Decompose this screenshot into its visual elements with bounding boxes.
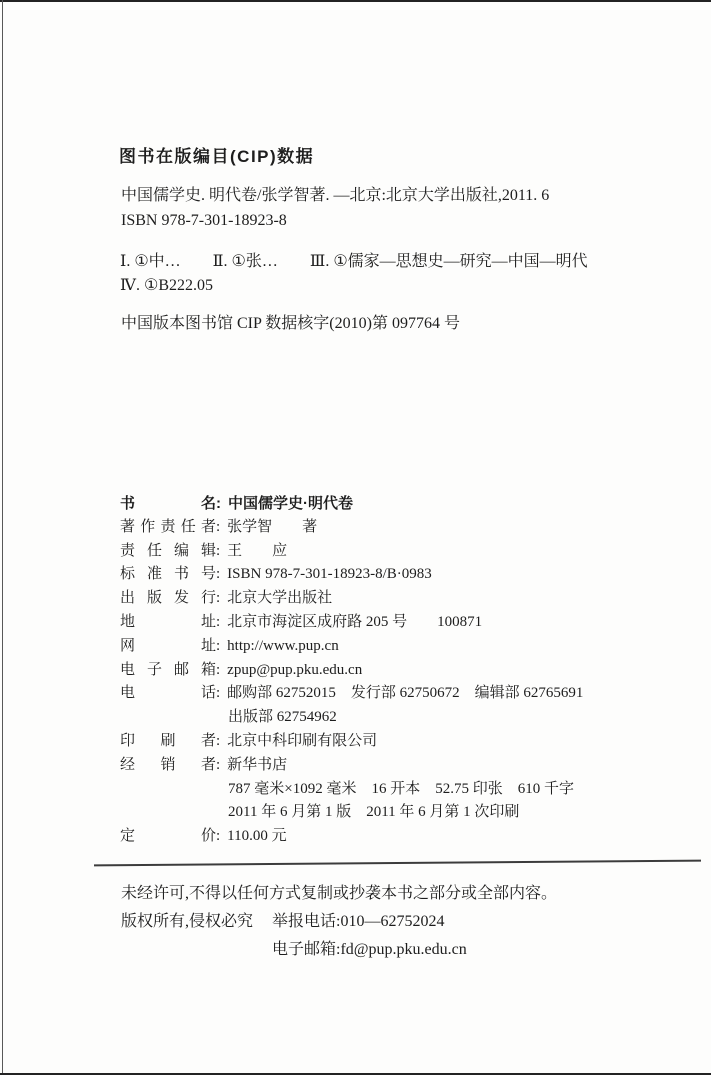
field-label: 地址 bbox=[120, 611, 216, 635]
notice-report-phone: 举报电话:010—62752024 bbox=[272, 908, 444, 936]
field-label: 定价 bbox=[120, 825, 216, 849]
colophon-row-book-name: 书名:中国儒学史·明代卷 bbox=[120, 492, 583, 516]
field-value: ISBN 978-7-301-18923-8/B·0983 bbox=[220, 566, 432, 582]
field-value: 北京中科印刷有限公司 bbox=[220, 733, 377, 749]
colophon-row-editor: 责任编辑:王 应 bbox=[120, 540, 583, 564]
field-label: 电子邮箱 bbox=[120, 659, 216, 683]
cip-classification-line2: Ⅳ. ①B222.05 bbox=[120, 274, 588, 298]
field-label: 著作责任者 bbox=[120, 516, 216, 540]
field-value: 新华书店 bbox=[220, 757, 287, 773]
field-value: 王 应 bbox=[220, 543, 287, 559]
scan-edge-left bbox=[2, 0, 3, 1075]
notice-rights-line: 版权所有,侵权必究 举报电话:010—62752024 bbox=[121, 908, 557, 936]
field-value: http://www.pup.cn bbox=[220, 638, 339, 654]
field-value: zpup@pup.pku.edu.cn bbox=[220, 662, 362, 678]
field-label: 出版发行 bbox=[120, 587, 216, 611]
colophon-row-isbn: 标准书号:ISBN 978-7-301-18923-8/B·0983 bbox=[120, 563, 583, 587]
colophon-row-edition-cont: 2011 年 6 月第 1 版 2011 年 6 月第 1 次印刷 bbox=[120, 801, 583, 825]
field-value: 北京大学出版社 bbox=[220, 590, 332, 606]
cip-classification-line1: Ⅰ. ①中… Ⅱ. ①张… Ⅲ. ①儒家—思想史—研究—中国—明代 bbox=[120, 250, 588, 274]
notice-rights-text: 版权所有,侵权必究 bbox=[121, 913, 253, 930]
scan-edge-top bbox=[0, 0, 711, 2]
field-value: 北京市海淀区成府路 205 号 100871 bbox=[220, 614, 482, 630]
colophon-row-email: 电子邮箱:zpup@pup.pku.edu.cn bbox=[120, 659, 583, 683]
cip-isbn-line: ISBN 978-7-301-18923-8 bbox=[121, 208, 549, 233]
field-value: 张学智 著 bbox=[220, 519, 317, 535]
field-value: 110.00 元 bbox=[220, 828, 286, 844]
colophon-row-author: 著作责任者:张学智 著 bbox=[120, 516, 583, 540]
cip-heading: 图书在版编目(CIP)数据 bbox=[119, 142, 314, 167]
colophon-row-phone: 电话:邮购部 62752015 发行部 62750672 编辑部 6276569… bbox=[120, 682, 583, 706]
field-label: 电话 bbox=[120, 682, 216, 706]
cip-classification-block: Ⅰ. ①中… Ⅱ. ①张… Ⅲ. ①儒家—思想史—研究—中国—明代 Ⅳ. ①B2… bbox=[120, 250, 588, 298]
field-label: 经销者 bbox=[120, 754, 216, 778]
colophon-row-price: 定价:110.00 元 bbox=[120, 825, 583, 849]
field-label: 印刷者 bbox=[120, 730, 216, 754]
colophon-row-phone-cont: 出版部 62754962 bbox=[120, 706, 583, 730]
field-label: 责任编辑 bbox=[120, 540, 216, 564]
divider-rule bbox=[94, 860, 701, 867]
cip-description-block: 中国儒学史. 明代卷/张学智著. —北京:北京大学出版社,2011. 6 ISB… bbox=[121, 183, 549, 233]
colophon-row-distributor: 经销者:新华书店 bbox=[120, 754, 583, 778]
cip-description-line: 中国儒学史. 明代卷/张学智著. —北京:北京大学出版社,2011. 6 bbox=[121, 183, 549, 208]
field-label: 网址 bbox=[120, 635, 216, 659]
field-value: 中国儒学史·明代卷 bbox=[221, 495, 353, 512]
colophon-row-address: 地址:北京市海淀区成府路 205 号 100871 bbox=[120, 611, 583, 635]
field-value: 邮购部 62752015 发行部 62750672 编辑部 62765691 bbox=[220, 685, 583, 701]
colophon-block: 书名:中国儒学史·明代卷 著作责任者:张学智 著 责任编辑:王 应 标准书号:I… bbox=[120, 492, 583, 849]
notice-report-email: 电子邮箱:fd@pup.pku.edu.cn bbox=[121, 936, 557, 964]
colophon-row-format-cont: 787 毫米×1092 毫米 16 开本 52.75 印张 610 千字 bbox=[120, 778, 583, 802]
cip-record-number: 中国版本图书馆 CIP 数据核字(2010)第 097764 号 bbox=[121, 310, 460, 333]
colophon-row-website: 网址:http://www.pup.cn bbox=[120, 635, 583, 659]
copyright-notice-block: 未经许可,不得以任何方式复制或抄袭本书之部分或全部内容。 版权所有,侵权必究 举… bbox=[121, 880, 557, 964]
colophon-row-printer: 印刷者:北京中科印刷有限公司 bbox=[120, 730, 583, 754]
notice-no-copy-line: 未经许可,不得以任何方式复制或抄袭本书之部分或全部内容。 bbox=[121, 880, 557, 908]
colophon-row-publisher: 出版发行:北京大学出版社 bbox=[120, 587, 583, 611]
field-label: 书名 bbox=[120, 492, 216, 516]
field-label: 标准书号 bbox=[120, 563, 216, 587]
